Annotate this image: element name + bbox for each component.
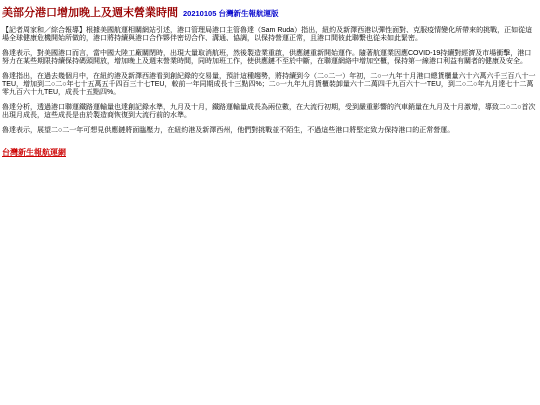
page-title: 美部分港口增加晚上及週末營業時間 <box>2 7 178 19</box>
article-paragraph: 【記者周家和／綜合報導】根據美國航運相關網站引述，港口管理局港口主管魯達（Sam… <box>2 27 538 43</box>
article-page: 美部分港口增加晚上及週末營業時間20210105 台灣新生報航運版 【記者周家和… <box>0 0 540 160</box>
headline-row: 美部分港口增加晚上及週末營業時間20210105 台灣新生報航運版 <box>2 3 538 21</box>
article-paragraph: 魯達表示，對美國港口而言，當中國大陸工廠關閉時，出現大量取消航班，然後製造業重啟… <box>2 50 538 66</box>
article-paragraph: 魯達分析，透過港口聯運鐵路運輸量也達創記錄水準，九月及十月，鐵路運輸量成長為兩位… <box>2 104 538 120</box>
article-date-source: 20210105 台灣新生報航運版 <box>183 9 278 18</box>
article-paragraph: 魯達表示，展望二○二一年可想見供應鏈將面臨壓力，在紐約港及新澤西州，他們對挑戰並… <box>2 127 538 135</box>
article-paragraph: 魯達指出，在過去幾個月中，在紐約港及新澤西港看到創紀錄的交易量，預計這種趨勢，將… <box>2 73 538 97</box>
footer-site-link[interactable]: 台灣新生報航運網 <box>2 147 66 158</box>
article-body: 【記者周家和／綜合報導】根據美國航運相關網站引述，港口管理局港口主管魯達（Sam… <box>2 27 538 135</box>
